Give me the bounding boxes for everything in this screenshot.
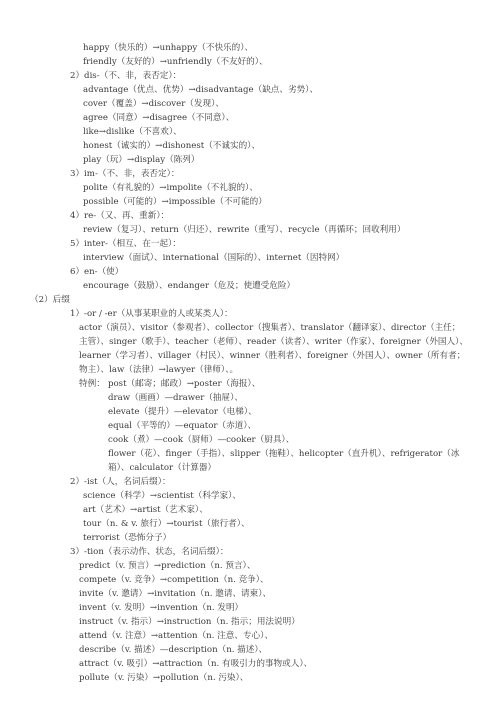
example-line: pollute（v. 污染）→pollution（n. 污染）、 — [79, 672, 248, 684]
example-line: art（艺术）→artist（艺术家）、 — [83, 504, 208, 516]
special-example-line: elevate（提升）—elevator（电梯）、 — [108, 406, 257, 418]
example-line: interview（面试）、international（国际的）、interne… — [83, 252, 344, 264]
example-line: 物主）、law（法律）→lawyer（律师）、。 — [79, 364, 238, 376]
prefix-heading-en: 6）en-（使） — [70, 266, 123, 278]
example-line: like→dislike（不喜欢）、 — [83, 126, 182, 138]
example-line: describe（v. 描述）—description（n. 描述）、 — [79, 644, 267, 656]
example-line: tour（n. & v. 旅行）→tourist（旅行者）、 — [83, 518, 250, 530]
example-line: review（复习）、return（归还）、rewrite（重写）、recycl… — [83, 224, 405, 236]
example-line: attract（v. 吸引）→attraction（n. 有吸引力的事物或人）、 — [79, 658, 312, 670]
example-line: predict（v. 预言）→prediction（n. 预言）、 — [79, 560, 255, 572]
example-line: invite（v. 邀请）→invitation（n. 邀请、请柬）、 — [79, 588, 271, 600]
example-line: attend（v. 注意）→attention（n. 注意、专心）、 — [79, 630, 273, 642]
special-example-line: 箱）、calculator（计算器） — [108, 462, 216, 474]
example-line: possible（可能的）→impossible（不可能的） — [83, 196, 267, 208]
special-example-line: cook（煮）—cook（厨师）—cooker（厨具）、 — [108, 434, 294, 446]
example-line: invent（v. 发明）→invention（n. 发明） — [79, 602, 243, 614]
suffix-heading-ist: 2）-ist（人，名词后缀）： — [70, 476, 171, 488]
example-line: terrorist（恐怖分子） — [83, 532, 171, 544]
special-example-line: draw（画画）—drawer（抽屉）、 — [108, 392, 243, 404]
example-line: science（科学）→scientist（科学家）、 — [83, 490, 241, 502]
example-line: cover（覆盖）→discover（发现）、 — [83, 98, 224, 110]
prefix-heading-re: 4）re-（又、再、重新）： — [70, 210, 169, 222]
example-line: instruct（v. 指示）→instruction（n. 指示；用法说明） — [79, 616, 300, 628]
example-line: polite（有礼貌的）→impolite（不礼貌的）、 — [83, 182, 258, 194]
special-example-line: flower（花）、finger（手指）、slipper（拖鞋）、helicop… — [108, 448, 459, 460]
prefix-heading-inter: 5）inter-（相互、在一起）： — [70, 238, 181, 250]
document-page: happy（快乐的）→unhappy（不快乐的）、 friendly（友好的）→… — [0, 0, 499, 706]
example-line: honest（诚实的）→dishonest（不诚实的）、 — [83, 140, 260, 152]
example-line: agree（同意）→disagree（不同意）、 — [83, 112, 234, 124]
section-title-suffixes: （2）后缀 — [30, 294, 70, 306]
special-example-line: post（邮寄；邮政）→poster（海报）、 — [108, 378, 260, 390]
suffix-heading-or-er: 1）-or / -er（从事某职业的人或某类人）： — [70, 308, 233, 320]
example-line: actor（演员）、visitor（参观者）、collector（搜集者）、tr… — [79, 322, 460, 334]
suffix-heading-tion: 3）-tion（表示动作、状态，名词后缀）： — [70, 546, 228, 558]
example-line: learner（学习者）、villager（村民）、winner（胜利者）、fo… — [79, 350, 465, 362]
example-line: advantage（优点、优势）→disadvantage（缺点、劣势）、 — [83, 84, 318, 96]
prefix-heading-im: 3）im-（不、非，表否定）： — [70, 168, 180, 180]
prefix-heading-dis: 2）dis-（不、非，表否定）： — [70, 70, 181, 82]
example-line: 主管）、singer（歌手）、teacher（老师）、reader（读者）、wr… — [79, 336, 468, 348]
example-line: play（玩）→display（陈列） — [83, 154, 199, 166]
special-example-line: equal（平等的）—equator（赤道）、 — [108, 420, 256, 432]
special-cases-label: 特例： — [79, 378, 105, 390]
example-line: encourage（鼓励）、endanger（危及；使遭受危险） — [83, 280, 295, 292]
example-line: compete（v. 竞争）→competition（n. 竞争）、 — [79, 574, 269, 586]
example-line: friendly（友好的）→unfriendly（不友好的）、 — [83, 56, 268, 68]
example-line: happy（快乐的）→unhappy（不快乐的）、 — [83, 42, 253, 54]
